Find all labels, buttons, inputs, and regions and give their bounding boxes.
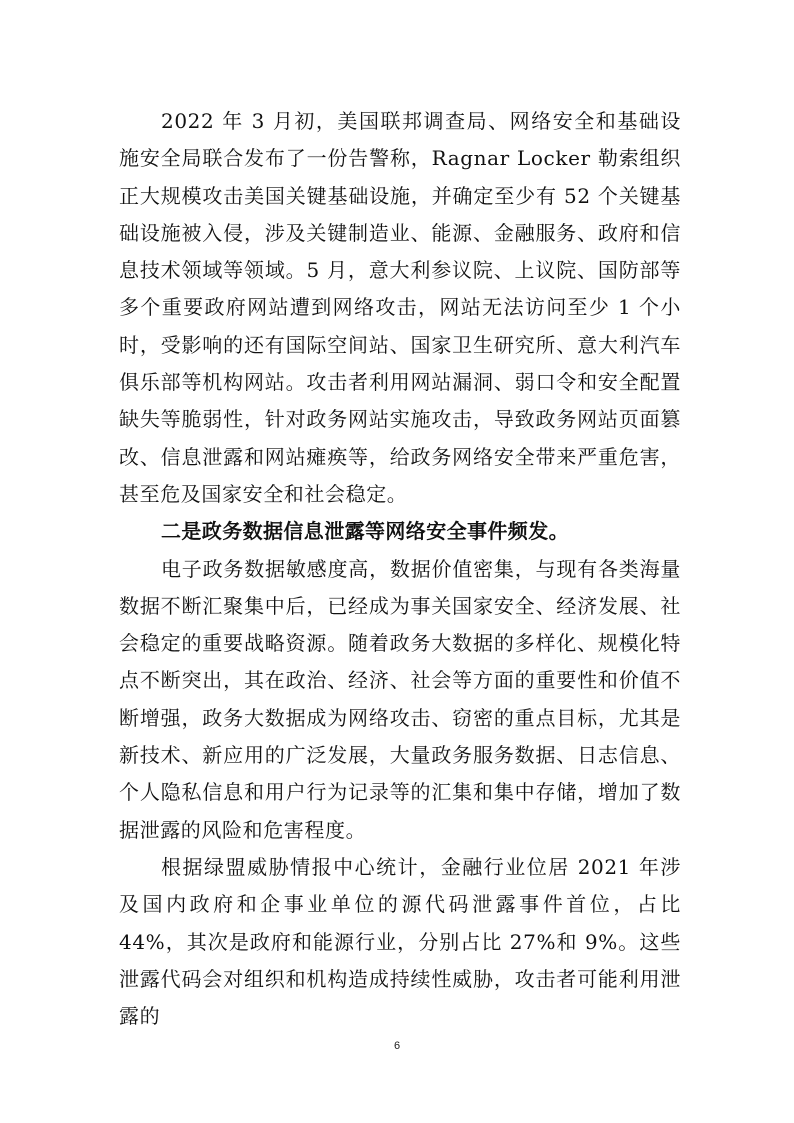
paragraph-cyberattacks-2022: 2022 年 3 月初，美国联邦调查局、网络安全和基础设施安全局联合发布了一份告… bbox=[119, 103, 681, 513]
document-page: 2022 年 3 月初，美国联邦调查局、网络安全和基础设施安全局联合发布了一份告… bbox=[119, 103, 681, 1035]
paragraph-egov-data-value: 电子政务数据敏感度高，数据价值密集，与现有各类海量数据不断汇聚集中后，已经成为事… bbox=[119, 551, 681, 849]
section-heading-data-leaks: 二是政务数据信息泄露等网络安全事件频发。 bbox=[119, 513, 681, 550]
paragraph-source-code-leak-stats: 根据绿盟威胁情报中心统计，金融行业位居 2021 年涉及国内政府和企事业单位的源… bbox=[119, 849, 681, 1035]
page-number: 6 bbox=[0, 1040, 794, 1052]
